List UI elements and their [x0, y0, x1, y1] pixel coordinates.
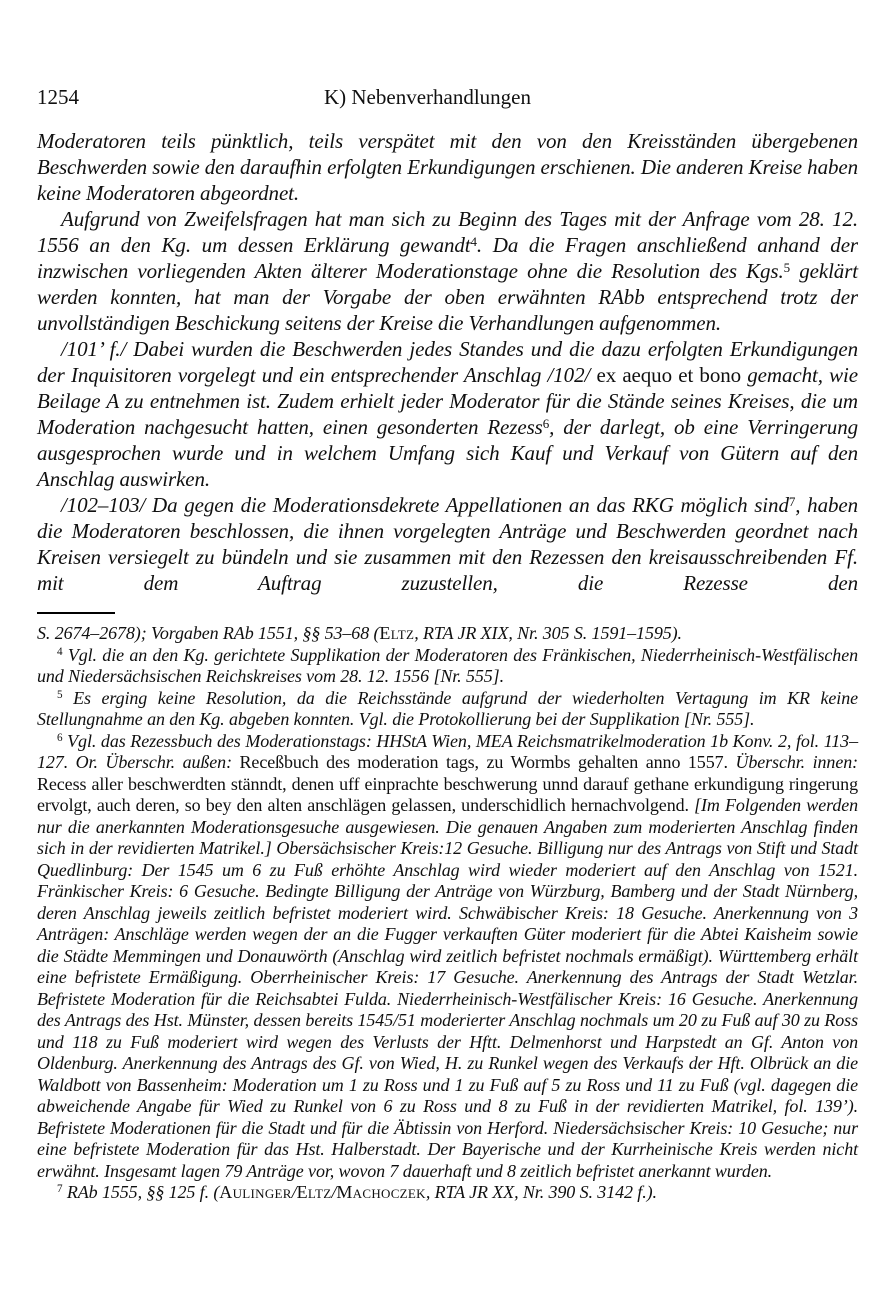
- footnote-text-segment: S. 2674–2678); Vorgaben RAb 1551, §§ 53–…: [37, 623, 379, 643]
- footnote-text-segment: Eltz: [297, 1182, 332, 1202]
- body-paragraph-1: Moderatoren teils pünktlich, teils versp…: [37, 128, 858, 206]
- body-paragraph-3: /101’ f./ Dabei wurden die Beschwerden j…: [37, 336, 858, 492]
- text-segment: ex aequo et bono: [596, 363, 741, 387]
- footnote-reference-number: 6: [57, 732, 62, 744]
- footnote-text-segment: Receßbuch des moderation tags, zu Wormbs…: [240, 752, 736, 772]
- footnote-separator-rule: [37, 612, 115, 614]
- footnote-text-segment: , RTA JR XX, Nr. 390 S. 3142 f.).: [426, 1182, 657, 1202]
- text-segment: /102–103/ Da gegen die Moderationsdekret…: [61, 493, 789, 517]
- footnote-reference-number: 7: [57, 1183, 62, 1195]
- footnote-5: 5 Es erging keine Resolution, da die Rei…: [37, 688, 858, 731]
- running-head: K) Nebenverhandlungen: [37, 84, 818, 110]
- footnote-7: 7 RAb 1555, §§ 125 f. (Aulinger/Eltz/Mac…: [37, 1182, 858, 1204]
- footnote-reference-number: 4: [57, 646, 62, 658]
- footnote-text-segment: Eltz: [379, 623, 414, 643]
- footnote-text-segment: , RTA JR XIX, Nr. 305 S. 1591–1595).: [414, 623, 682, 643]
- footnote-text-segment: Überschr. innen:: [735, 752, 858, 772]
- footnote-reference-number: 7: [789, 494, 795, 509]
- page-header: 1254 K) Nebenverhandlungen: [37, 84, 858, 110]
- text-segment: Moderatoren teils pünktlich, teils versp…: [37, 129, 858, 205]
- footnote-reference-number: 4: [471, 234, 477, 249]
- footnote-text-segment: [Im Folgenden werden nur die anerkannten…: [37, 795, 858, 1181]
- footnote-text-segment: Aulinger: [219, 1182, 291, 1202]
- footnote-text-segment: Machoczek: [336, 1182, 425, 1202]
- footnote-reference-number: 6: [543, 416, 549, 431]
- footnote-6: 6 Vgl. das Rezessbuch des Moderationstag…: [37, 731, 858, 1183]
- footnote-3-continuation: S. 2674–2678); Vorgaben RAb 1551, §§ 53–…: [37, 623, 858, 645]
- footnote-text-segment: Es erging keine Resolution, da die Reich…: [37, 688, 858, 730]
- footnote-text-segment: RAb 1555, §§ 125 f. (: [62, 1182, 219, 1202]
- body-paragraph-2: Aufgrund von Zweifelsfragen hat man sich…: [37, 206, 858, 336]
- body-paragraph-4: /102–103/ Da gegen die Moderationsdekret…: [37, 492, 858, 596]
- footnotes: S. 2674–2678); Vorgaben RAb 1551, §§ 53–…: [37, 623, 858, 1204]
- body-text: Moderatoren teils pünktlich, teils versp…: [37, 128, 858, 596]
- footnote-reference-number: 5: [784, 260, 790, 275]
- footnote-text-segment: Vgl. die an den Kg. gerichtete Supplikat…: [37, 645, 858, 687]
- footnote-reference-number: 5: [57, 689, 62, 701]
- footnote-4: 4 Vgl. die an den Kg. gerichtete Supplik…: [37, 645, 858, 688]
- book-page: 1254 K) Nebenverhandlungen Moderatoren t…: [0, 0, 891, 1300]
